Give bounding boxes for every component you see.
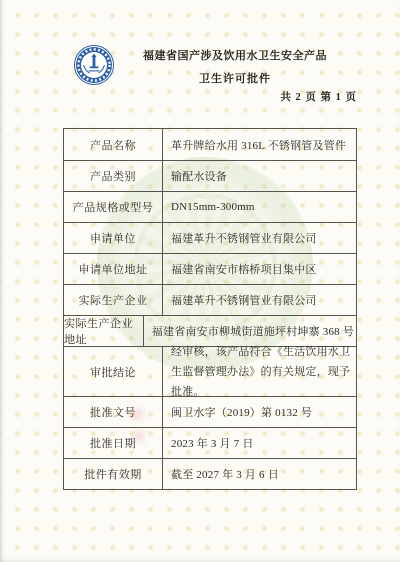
field-value: 闽卫水字（2019）第 0132 号 bbox=[163, 397, 356, 427]
table-row: 产品规格或型号DN15mm-300mm bbox=[64, 191, 356, 222]
field-label: 批准文号 bbox=[64, 397, 163, 427]
red-ink-smudge bbox=[130, 426, 148, 446]
field-value: 2023 年 3 月 7 日 bbox=[163, 428, 356, 458]
table-row: 批准日期2023 年 3 月 7 日 bbox=[64, 427, 356, 458]
table-row: 审批结论经审核，该产品符合《生活饮用水卫生监督管理办法》的有关规定，现予批准。 bbox=[64, 346, 356, 396]
field-label: 产品名称 bbox=[64, 129, 163, 160]
field-label: 产品类别 bbox=[64, 161, 163, 191]
field-value: 经审核，该产品符合《生活饮用水卫生监督管理办法》的有关规定，现予批准。 bbox=[163, 347, 356, 396]
table-row: 实际生产企业福建革升不锈钢管业有限公司 bbox=[64, 284, 356, 315]
document-header: 福建省国产涉及饮用水卫生安全产品 卫生许可批件 bbox=[75, 50, 395, 86]
field-label: 产品规格或型号 bbox=[64, 192, 163, 222]
field-value: 输配水设备 bbox=[163, 161, 356, 191]
page-count: 共 2 页 第 1 页 bbox=[280, 89, 357, 104]
field-value: 福建省南安市榕桥项目集中区 bbox=[163, 254, 356, 284]
table-row: 申请单位福建革升不锈钢管业有限公司 bbox=[64, 222, 356, 253]
field-label: 实际生产企业地址 bbox=[64, 316, 144, 346]
document-title-line2: 卫生许可批件 bbox=[75, 73, 395, 86]
field-value: 革升牌给水用 316L 不锈钢管及管件 bbox=[163, 129, 356, 160]
permit-table: 产品名称革升牌给水用 316L 不锈钢管及管件产品类别输配水设备产品规格或型号D… bbox=[63, 128, 357, 490]
field-value: 福建革升不锈钢管业有限公司 bbox=[163, 223, 356, 253]
table-row: 批准文号闽卫水字（2019）第 0132 号 bbox=[64, 396, 356, 427]
table-row: 批件有效期截至 2027 年 3 月 6 日 bbox=[64, 458, 356, 489]
field-value: 福建革升不锈钢管业有限公司 bbox=[163, 285, 356, 315]
field-label: 批准日期 bbox=[64, 428, 163, 458]
document-page: 福建省国产涉及饮用水卫生安全产品 卫生许可批件 共 2 页 第 1 页 产品名称… bbox=[0, 0, 400, 562]
field-label: 实际生产企业 bbox=[64, 285, 163, 315]
table-row: 申请单位地址福建省南安市榕桥项目集中区 bbox=[64, 253, 356, 284]
field-value: 截至 2027 年 3 月 6 日 bbox=[163, 459, 356, 489]
field-label: 审批结论 bbox=[64, 347, 163, 396]
table-row: 产品名称革升牌给水用 316L 不锈钢管及管件 bbox=[64, 129, 356, 160]
field-label: 批件有效期 bbox=[64, 459, 163, 489]
red-ink-smudge bbox=[126, 406, 148, 422]
field-value: DN15mm-300mm bbox=[163, 192, 356, 222]
field-label: 申请单位地址 bbox=[64, 254, 163, 284]
document-title-line1: 福建省国产涉及饮用水卫生安全产品 bbox=[75, 50, 395, 63]
field-label: 申请单位 bbox=[64, 223, 163, 253]
table-row: 产品类别输配水设备 bbox=[64, 160, 356, 191]
